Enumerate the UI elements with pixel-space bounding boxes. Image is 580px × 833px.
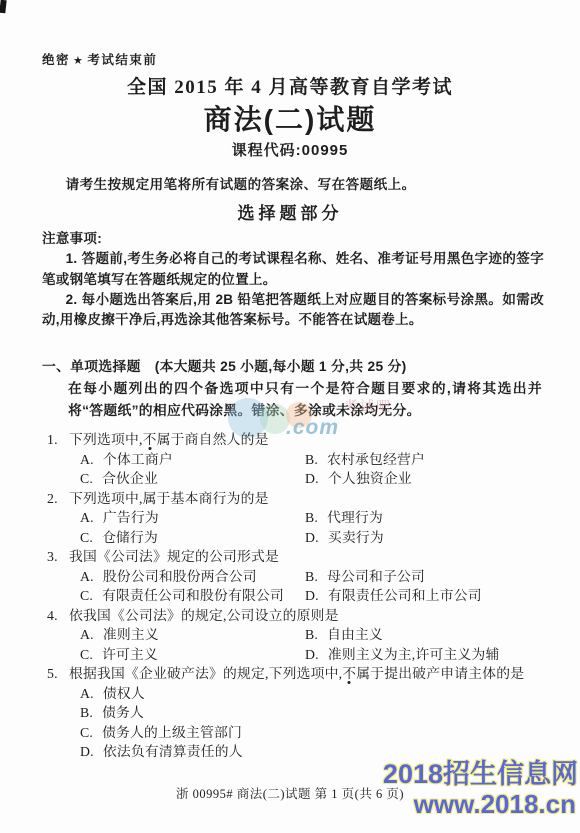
option-key: B.	[305, 569, 318, 584]
option-key: D.	[80, 744, 94, 759]
option-row: C.仓储行为D.买卖行为	[47, 528, 553, 548]
option: B.农村承包经营户	[305, 450, 425, 470]
option-text: 买卖行为	[328, 530, 384, 545]
option: A.股份公司和股份两合公司	[80, 567, 305, 587]
option-row: C.有限责任公司和股份有限公司D.有限责任公司和上市公司	[47, 586, 553, 606]
question-number: 5.	[47, 664, 69, 684]
option-text: 自由主义	[327, 627, 383, 642]
question-text-pre: 下列选项中,	[69, 432, 143, 447]
option: D.有限责任公司和上市公司	[305, 586, 482, 606]
question-text-emphasis: 不	[143, 432, 157, 447]
notices-block: 注意事项: 1. 答题前,考生务必将自己的考试课程名称、姓名、准考证号用黑色字迹…	[42, 229, 544, 330]
part-heading: 选择题部分	[0, 199, 580, 224]
question: 3.我国《公司法》规定的公司形式是A.股份公司和股份两合公司B.母公司和子公司C…	[47, 547, 553, 606]
option: C.仓储行为	[80, 528, 305, 548]
question-number: 3.	[47, 547, 69, 567]
option-row: C.债务人的上级主管部门	[47, 723, 553, 743]
option: C.债务人的上级主管部门	[80, 723, 242, 743]
section-1-label: 一、单项选择题	[42, 359, 141, 374]
security-classification: 绝密★考试结束前	[42, 50, 157, 68]
option: C.有限责任公司和股份有限公司	[80, 586, 305, 606]
option: B.代理行为	[305, 508, 383, 528]
question-number: 1.	[47, 430, 69, 450]
option-text: 农村承包经营户	[327, 452, 425, 467]
notice-item-1: 1. 答题前,考生务必将自己的考试课程名称、姓名、准考证号用黑色字迹的签字笔或钢…	[42, 249, 544, 290]
option: D.准则主义为主,许可主义为辅	[305, 645, 499, 665]
question-number: 4.	[47, 606, 69, 626]
option-key: D.	[305, 530, 319, 545]
option-text: 广告行为	[103, 510, 159, 525]
option-text: 个体工商户	[103, 452, 173, 467]
option: A.个体工商户	[80, 450, 305, 470]
option-row: A.债权人	[47, 684, 553, 704]
option-text: 债权人	[103, 686, 145, 701]
option-row: C.许可主义D.准则主义为主,许可主义为辅	[47, 645, 553, 665]
question-text-emphasis: 不	[342, 666, 356, 681]
notice-item-2: 2. 每小题选出答案后,用 2B 铅笔把答题纸上对应题目的答案标号涂黑。如需改动…	[42, 290, 544, 331]
question-text-pre: 我国《公司法》规定的公司形式是	[69, 549, 279, 564]
option-key: D.	[305, 471, 319, 486]
option-key: D.	[305, 647, 319, 662]
page-footer: 浙 00995# 商法(二)试题 第 1 页(共 6 页)	[0, 784, 580, 802]
course-code: 课程代码:00995	[0, 139, 580, 160]
option-key: A.	[80, 686, 94, 701]
question: 1.下列选项中,不属于商自然人的是A.个体工商户B.农村承包经营户C.合伙企业D…	[47, 430, 553, 489]
option-key: B.	[305, 627, 318, 642]
option-text: 个人独资企业	[328, 471, 412, 486]
exam-title-line1: 全国 2015 年 4 月高等教育自学考试	[0, 72, 580, 99]
section-1-note: 在每小题列出的四个备选项中只有一个是符合题目要求的,请将其选出并将“答题纸”的相…	[68, 378, 542, 422]
option-key: C.	[80, 588, 93, 603]
option: A.准则主义	[80, 625, 305, 645]
option-text: 依法负有清算责任的人	[103, 744, 243, 759]
question-text-line: 3.我国《公司法》规定的公司形式是	[47, 547, 553, 567]
question-text-post: 属于提出破产申请主体的是	[356, 666, 524, 681]
security-label-right: 考试结束前	[87, 53, 157, 67]
option: A.广告行为	[80, 508, 305, 528]
star-icon: ★	[70, 55, 87, 67]
option-text: 许可主义	[102, 647, 158, 662]
option-key: B.	[80, 705, 93, 720]
option-text: 代理行为	[327, 510, 383, 525]
question-list: 1.下列选项中,不属于商自然人的是A.个体工商户B.农村承包经营户C.合伙企业D…	[47, 430, 553, 762]
option: C.合伙企业	[80, 469, 305, 489]
option-text: 母公司和子公司	[327, 569, 425, 584]
option: D.个人独资企业	[305, 469, 412, 489]
option-row: B.债务人	[47, 703, 553, 723]
notices-title: 注意事项:	[42, 229, 544, 249]
question-text-pre: 依我国《公司法》的规定,公司设立的原则是	[69, 608, 339, 623]
option: B.母公司和子公司	[305, 567, 425, 587]
option: B.债务人	[80, 703, 144, 723]
section-1-heading: 一、单项选择题(本大题共 25 小题,每小题 1 分,共 25 分)	[42, 356, 544, 378]
option-key: A.	[80, 510, 94, 525]
question: 2.下列选项中,属于基本商行为的是A.广告行为B.代理行为C.仓储行为D.买卖行…	[47, 489, 553, 548]
question-text-line: 4.依我国《公司法》的规定,公司设立的原则是	[47, 606, 553, 626]
option-row: A.股份公司和股份两合公司B.母公司和子公司	[47, 567, 553, 587]
option-key: C.	[80, 725, 93, 740]
security-label-left: 绝密	[42, 53, 70, 67]
exam-paper-page: 绝密★考试结束前 全国 2015 年 4 月高等教育自学考试 商法(二)试题 课…	[0, 0, 580, 833]
option: A.债权人	[80, 684, 145, 704]
option-row: D.依法负有清算责任的人	[47, 742, 553, 762]
question-text-pre: 根据我国《企业破产法》的规定,下列选项中,	[69, 666, 342, 681]
option-key: A.	[80, 627, 94, 642]
exam-title-line2: 商法(二)试题	[0, 98, 580, 138]
option-key: A.	[80, 569, 94, 584]
option-text: 债务人	[102, 705, 144, 720]
option-key: C.	[80, 471, 93, 486]
option-text: 仓储行为	[102, 530, 158, 545]
option: D.买卖行为	[305, 528, 384, 548]
option-key: D.	[305, 588, 319, 603]
question-text-post: 属于商自然人的是	[157, 432, 269, 447]
question-text-line: 5.根据我国《企业破产法》的规定,下列选项中,不属于提出破产申请主体的是	[47, 664, 553, 684]
question-text-line: 1.下列选项中,不属于商自然人的是	[47, 430, 553, 450]
option: B.自由主义	[305, 625, 383, 645]
option-row: A.个体工商户B.农村承包经营户	[47, 450, 553, 470]
option-key: C.	[80, 530, 93, 545]
option-key: C.	[80, 647, 93, 662]
scan-artifact-corner	[0, 0, 7, 13]
option-key: B.	[305, 452, 318, 467]
option-text: 准则主义为主,许可主义为辅	[328, 647, 500, 662]
question: 4.依我国《公司法》的规定,公司设立的原则是A.准则主义B.自由主义C.许可主义…	[47, 606, 553, 665]
section-1-block: 一、单项选择题(本大题共 25 小题,每小题 1 分,共 25 分) 在每小题列…	[42, 356, 544, 422]
option: D.依法负有清算责任的人	[80, 742, 243, 762]
question: 5.根据我国《企业破产法》的规定,下列选项中,不属于提出破产申请主体的是A.债权…	[47, 664, 553, 762]
option-text: 合伙企业	[102, 471, 158, 486]
option-row: A.准则主义B.自由主义	[47, 625, 553, 645]
question-text-pre: 下列选项中,属于基本商行为的是	[69, 491, 269, 506]
question-text-line: 2.下列选项中,属于基本商行为的是	[47, 489, 553, 509]
option-key: A.	[80, 452, 94, 467]
option-row: C.合伙企业D.个人独资企业	[47, 469, 553, 489]
option-text: 股份公司和股份两合公司	[103, 569, 257, 584]
option-key: B.	[305, 510, 318, 525]
question-number: 2.	[47, 489, 69, 509]
option-text: 准则主义	[103, 627, 159, 642]
option-text: 债务人的上级主管部门	[102, 725, 242, 740]
option-row: A.广告行为B.代理行为	[47, 508, 553, 528]
option-text: 有限责任公司和上市公司	[328, 588, 482, 603]
option: C.许可主义	[80, 645, 305, 665]
section-1-meta: (本大题共 25 小题,每小题 1 分,共 25 分)	[155, 359, 407, 374]
option-text: 有限责任公司和股份有限公司	[102, 588, 284, 603]
answer-sheet-instruction: 请考生按规定用笔将所有试题的答案涂、写在答题纸上。	[42, 173, 544, 193]
